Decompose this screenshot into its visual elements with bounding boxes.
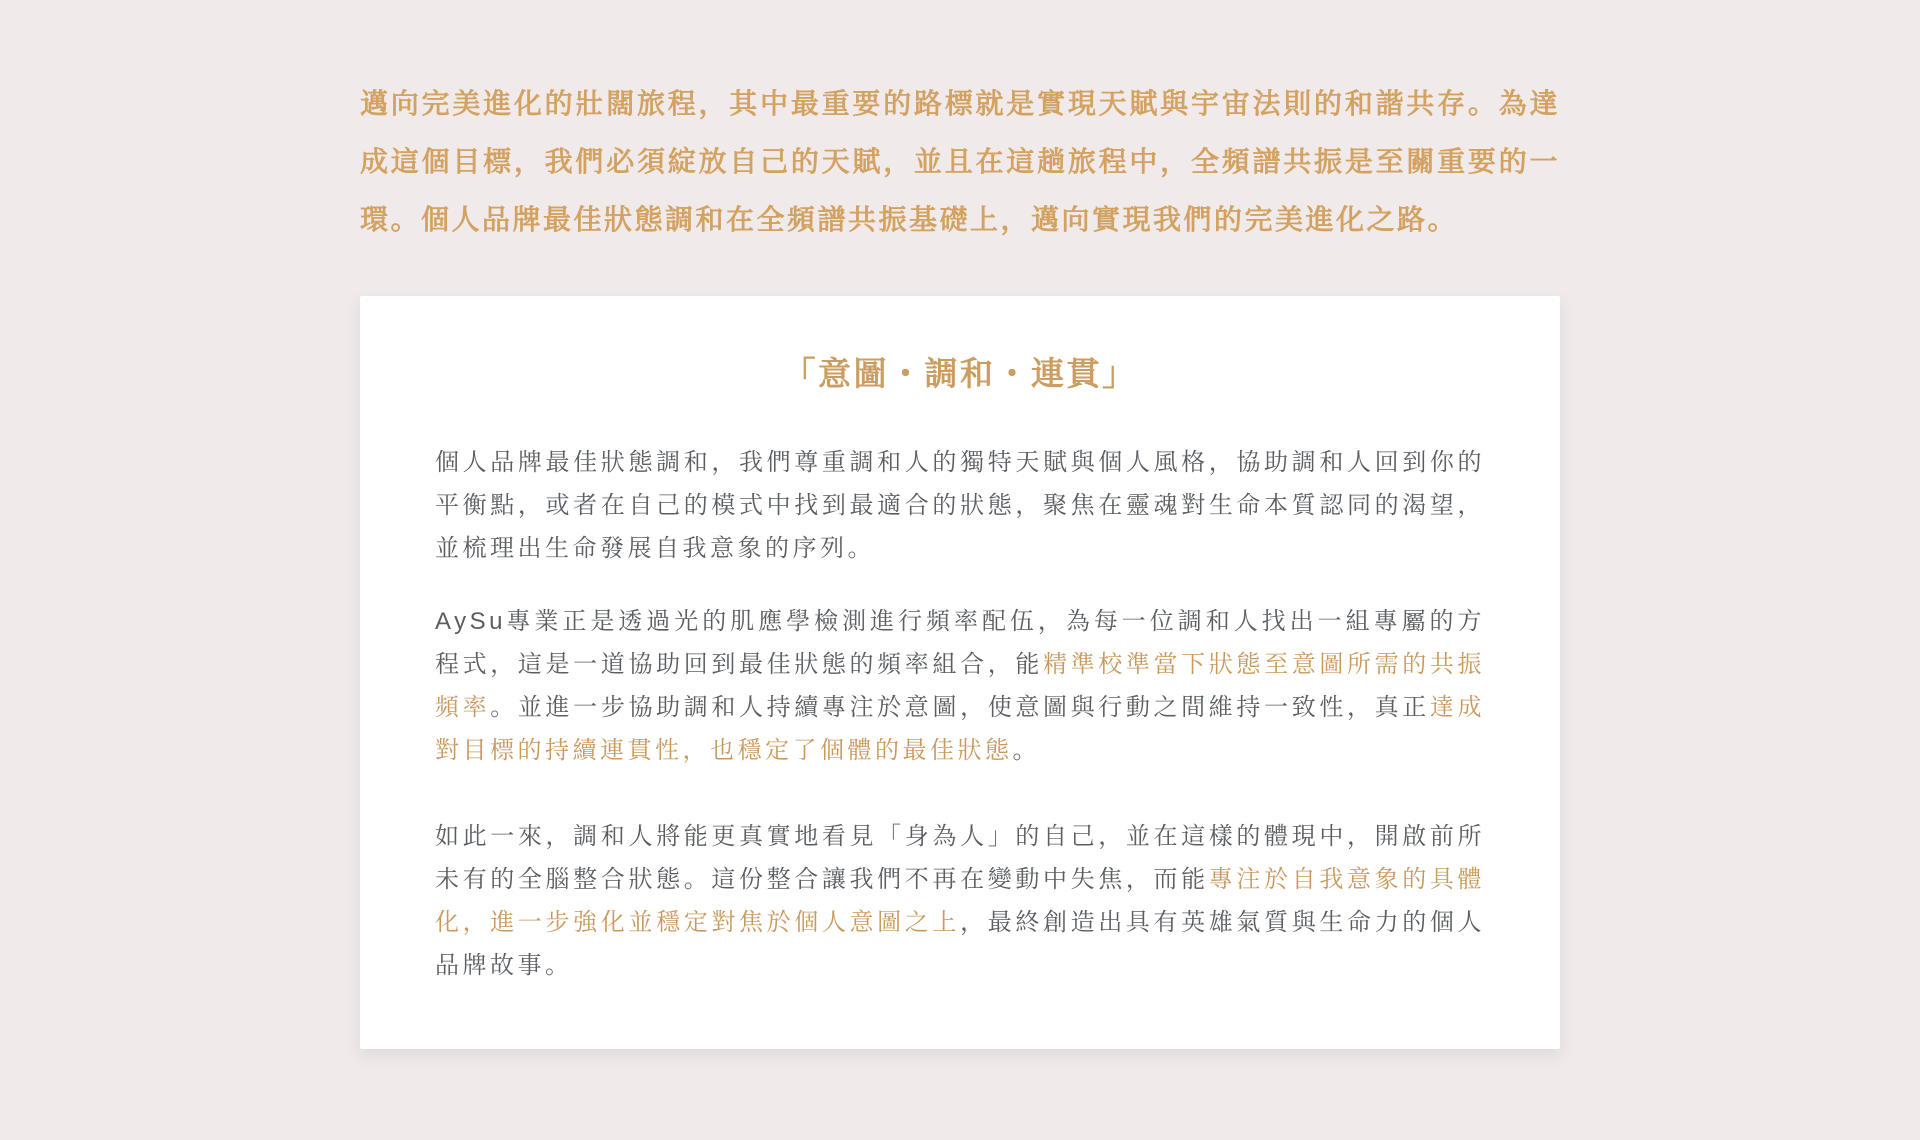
text-run: 個人品牌最佳狀態調和，我們尊重調和人的獨特天賦與個人風格，協助調和人回到你的平衡…: [435, 449, 1485, 562]
text-run: 。: [1013, 737, 1041, 764]
card-paragraph-2: AySu專業正是透過光的肌應學檢測進行頻率配伍，為每一位調和人找出一組專屬的方程…: [435, 600, 1485, 772]
card-title: 「意圖・調和・連貫」: [435, 348, 1485, 395]
card-paragraph-1: 個人品牌最佳狀態調和，我們尊重調和人的獨特天賦與個人風格，協助調和人回到你的平衡…: [435, 441, 1485, 570]
content-card: 「意圖・調和・連貫」 個人品牌最佳狀態調和，我們尊重調和人的獨特天賦與個人風格，…: [360, 296, 1560, 1049]
intro-paragraph: 邁向完美進化的壯闊旅程，其中最重要的路標就是實現天賦與宇宙法則的和諧共存。為達成…: [360, 76, 1560, 250]
card-paragraph-3: 如此一來，調和人將能更真實地看見「身為人」的自己，並在這樣的體現中，開啟前所未有…: [435, 815, 1485, 987]
text-run: 。並進一步協助調和人持續專注於意圖，使意圖與行動之間維持一致性，真正: [490, 694, 1430, 721]
